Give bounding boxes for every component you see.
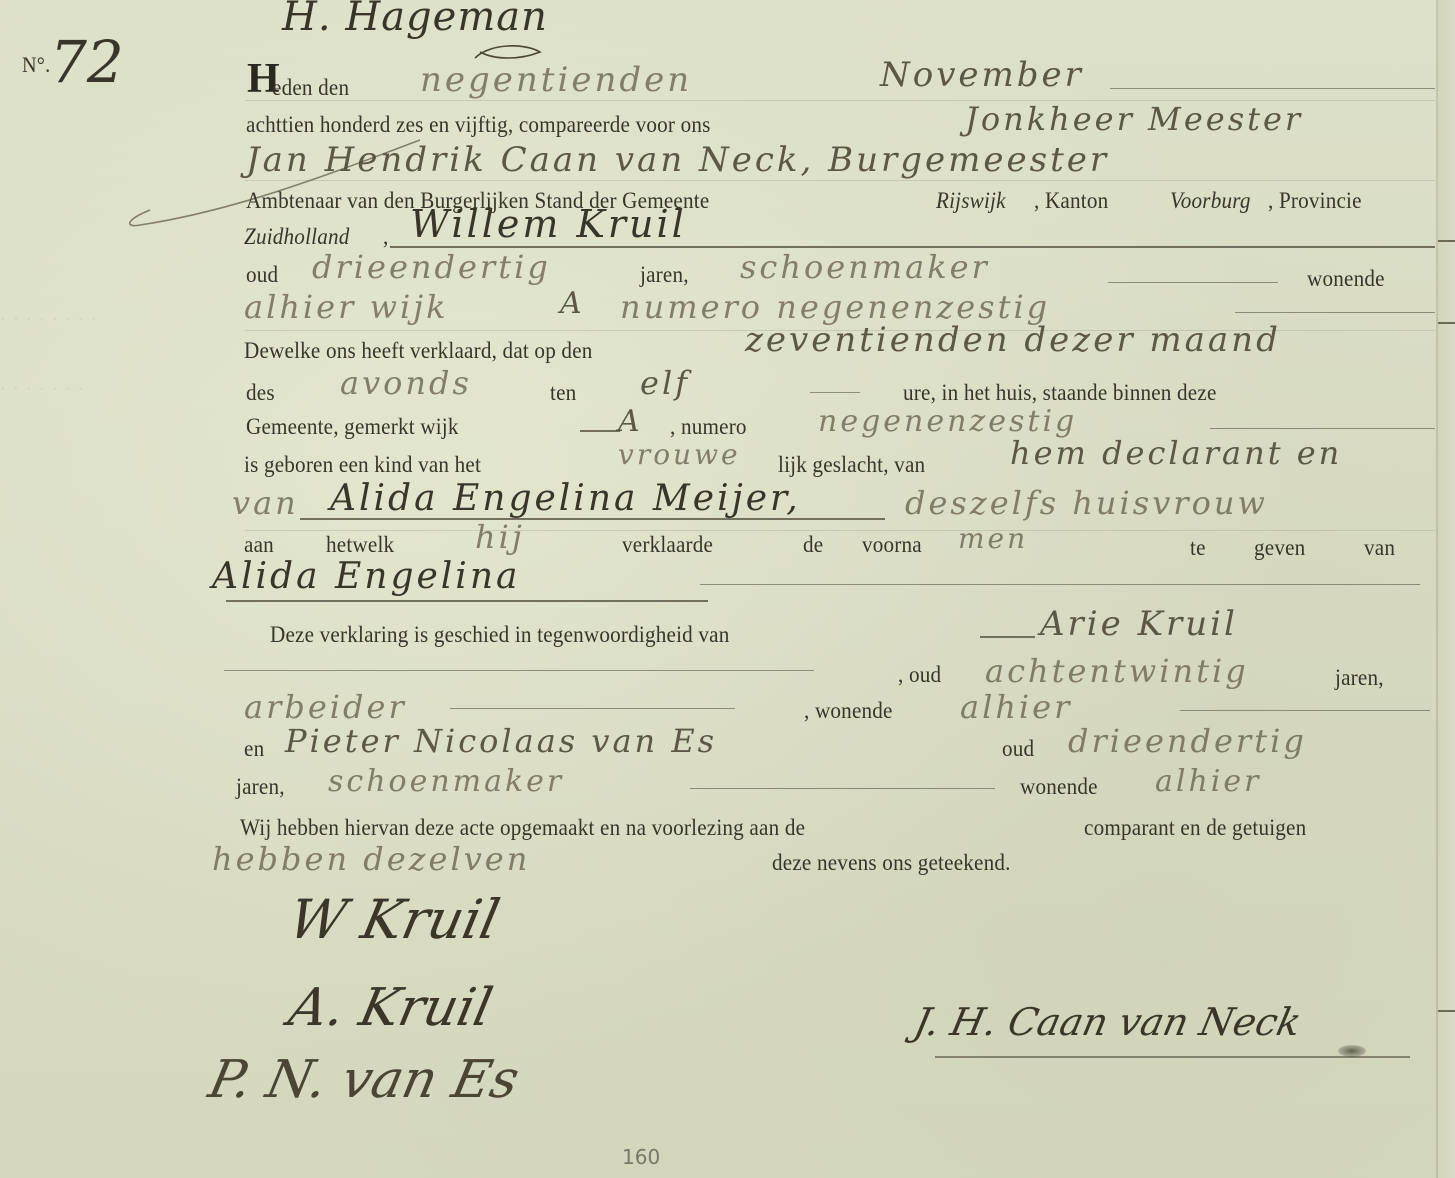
signature-witness-2: P. N. van Es [204,1050,525,1110]
fill-line [1110,88,1435,89]
fill-line [1210,428,1435,429]
edge-mark [1438,322,1455,324]
print-text: hetwelk [326,532,394,558]
print-text: Wij hebben hiervan deze acte opgemaakt e… [240,815,805,841]
print-text: , Kanton [1034,188,1108,214]
ruling-line [245,530,1435,531]
ink-blot [1338,1045,1366,1057]
handwritten-witness1-name: Arie Kruil [1040,604,1238,644]
print-text: is geboren een kind van het [244,452,481,478]
handwritten-witness1-age: achtentwintig [985,652,1249,690]
handwritten-age: drieendertig [312,248,551,286]
print-text: oud [246,262,278,288]
record-number: 72 [50,28,124,96]
adjacent-page-strip [1438,0,1455,1178]
handwritten-text: hebben dezelven [212,840,530,878]
handwritten-hour: elf [640,364,690,402]
handwritten-witness2-occupation: schoenmaker [328,764,564,799]
record-number-label: N°. [22,52,50,78]
bleed-through-text: . . . . . . . . [0,300,240,326]
handwritten-father-relation: hem declarant en [1010,434,1342,472]
print-text: Gemeente, gemerkt wijk [246,414,459,440]
print-text: wonende [1020,774,1098,800]
handwritten-title: Jonkheer Meester [965,100,1303,138]
handwritten-mother-relation: deszelfs huisvrouw [905,484,1268,522]
margin-note: H. Hageman [282,0,548,40]
fill-line [810,392,860,393]
fill-line [690,788,995,789]
signature-witness-1: A. Kruil [284,978,498,1038]
print-text: en [244,736,264,762]
fill-line [226,600,708,602]
print-text: , oud [898,662,941,688]
print-text: eden den [272,75,349,101]
print-text: geven [1254,535,1305,561]
handwritten-father-name: Willem Kruil [410,202,687,246]
fill-line [224,670,814,671]
handwritten-gender: vrouwe [618,438,741,471]
handwritten-witness2-residence: alhier [1155,764,1262,799]
handwritten-registrar-name: Jan Hendrik Caan van Neck, Burgemeester [246,140,1109,180]
print-text: achttien honderd zes en vijftig, compare… [246,112,711,138]
edge-mark [1438,1010,1455,1012]
print-text: lijk geslacht, van [778,452,925,478]
province-name: Zuidholland [244,224,349,250]
handwritten-time-of-day: avonds [340,364,472,402]
handwritten-ward: A [560,286,585,321]
signature-father: W Kruil [283,888,505,951]
fill-line [450,708,735,709]
print-text: oud [1002,736,1034,762]
handwritten-suffix: men [958,522,1028,555]
signature-underline [935,1056,1410,1058]
print-text: Dewelke ons heeft verklaard, dat op den [244,338,593,364]
print-text: voorna [862,532,922,558]
handwritten-birth-date: zeventienden dezer maand [745,320,1281,360]
print-text: aan [244,532,274,558]
print-text: ure, in het huis, staande binnen deze [903,380,1217,406]
handwritten-month: November [880,55,1084,95]
handwritten-witness2-age: drieendertig [1068,722,1307,760]
birth-record-page: . . . . . . . . . . . . . . . N°. 72 H. … [0,0,1455,1178]
print-text: , wonende [804,698,893,724]
handwritten-day: negentienden [420,60,692,100]
handwritten-ward: A [618,404,643,439]
page-number: 160 [622,1145,660,1169]
print-text: Deze verklaring is geschied in tegenwoor… [270,622,729,648]
bleed-through-text: . . . . . . . [0,370,240,396]
print-text: ten [550,380,576,406]
print-text: deze nevens ons geteekend. [772,850,1011,876]
fill-line [1180,710,1430,711]
print-text: te [1190,535,1206,561]
print-text: de [803,532,823,558]
print-text: comparant en de getuigen [1084,815,1306,841]
print-text: van [1364,535,1395,561]
print-text: verklaarde [622,532,713,558]
fill-line [700,584,1420,585]
handwritten-mother-name: Alida Engelina Meijer, [330,478,801,519]
fill-line [300,518,885,520]
handwritten-address: alhier wijk [244,288,449,326]
print-text: jaren, [640,262,689,288]
print-text: , [383,224,388,250]
fill-line [1108,282,1278,283]
fill-line [980,636,1035,638]
municipality-name: Rijswijk [936,188,1006,214]
fill-line [580,430,620,432]
handwritten-text: van [232,484,299,522]
print-text: , numero [670,414,747,440]
handwritten-pronoun: hij [475,518,525,556]
print-text: wonende [1307,266,1385,292]
handwritten-witness1-residence: alhier [960,688,1072,726]
print-text: des [246,380,275,406]
fill-line [1235,312,1435,313]
handwritten-witness2-name: Pieter Nicolaas van Es [285,722,717,760]
print-text: , Provincie [1268,188,1362,214]
handwritten-child-name: Alida Engelina [212,556,520,597]
handwritten-occupation: schoenmaker [740,248,990,286]
print-text: jaren, [236,774,285,800]
canton-name: Voorburg [1170,188,1251,214]
edge-mark [1438,240,1455,242]
signature-registrar: J. H. Caan van Neck [910,1000,1305,1044]
handwritten-witness1-occupation: arbeider [244,688,407,726]
print-text: jaren, [1335,665,1384,691]
